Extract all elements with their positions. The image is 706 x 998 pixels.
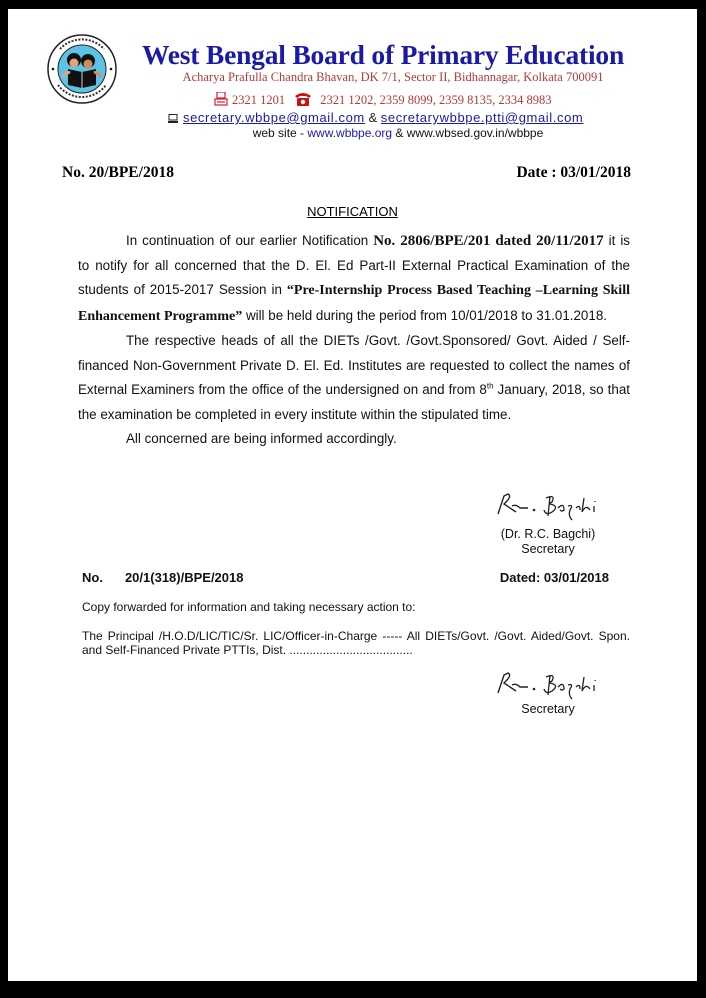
paragraph-1: In continuation of our earlier Notificat… xyxy=(78,229,630,329)
email-link-ptti[interactable]: secretarywbbpe.ptti@gmail.com xyxy=(381,110,584,125)
phone-numbers: 2321 1202, 2359 8099, 2359 8135, 2334 89… xyxy=(320,93,551,107)
copy-recipients: The Principal /H.O.D/LIC/TIC/Sr. LIC/Off… xyxy=(82,629,630,657)
memo-number: No. 20/BPE/2018 xyxy=(62,164,174,182)
fax-icon xyxy=(214,92,228,110)
copy-signatory-designation: Secretary xyxy=(478,702,618,716)
copy-memo-number: No.20/1(318)/BPE/2018 xyxy=(82,570,243,585)
paragraph-2: The respective heads of all the DIETs /G… xyxy=(78,329,630,427)
document-page: West Bengal Board of Primary Education A… xyxy=(8,9,697,981)
earlier-notification-ref: No. 2806/BPE/201 dated 20/11/2017 xyxy=(373,233,603,249)
signature-icon xyxy=(494,669,614,706)
website-link-wbsed[interactable]: www.wbsed.gov.in/wbbpe xyxy=(407,126,544,140)
signature-icon xyxy=(494,490,614,527)
board-title: West Bengal Board of Primary Education xyxy=(142,39,652,71)
contact-phones: 2321 1201 2321 1202, 2359 8099, 2359 813… xyxy=(214,91,552,110)
wbbpe-emblem-icon xyxy=(46,33,118,105)
board-address: Acharya Prafulla Chandra Bhavan, DK 7/1,… xyxy=(178,70,608,85)
website-label: web site - xyxy=(253,126,308,140)
website-link-wbbpe[interactable]: www.wbbpe.org xyxy=(307,126,392,140)
signatory-name: (Dr. R.C. Bagchi) xyxy=(478,527,618,542)
telephone-icon xyxy=(294,91,312,110)
email-separator: & xyxy=(368,110,377,125)
paragraph-3: All concerned are being informed accordi… xyxy=(78,427,630,452)
signatory-designation: Secretary xyxy=(478,542,618,557)
email-link-secretary[interactable]: secretary.wbbpe@gmail.com xyxy=(183,110,365,125)
notification-heading: NOTIFICATION xyxy=(8,204,697,219)
fax-number: 2321 1201 xyxy=(232,93,285,107)
website-separator: & xyxy=(392,126,407,140)
website-line: web site - www.wbbpe.org & www.wbsed.gov… xyxy=(178,126,618,140)
copy-memo-date: Dated: 03/01/2018 xyxy=(500,570,609,585)
signatory-block: (Dr. R.C. Bagchi) Secretary xyxy=(478,527,618,557)
copy-forward-intro: Copy forwarded for information and takin… xyxy=(82,600,416,614)
computer-icon xyxy=(168,111,178,126)
contact-emails: secretary.wbbpe@gmail.com & secretarywbb… xyxy=(168,110,583,126)
memo-date: Date : 03/01/2018 xyxy=(516,164,631,182)
notification-body: In continuation of our earlier Notificat… xyxy=(78,229,630,452)
